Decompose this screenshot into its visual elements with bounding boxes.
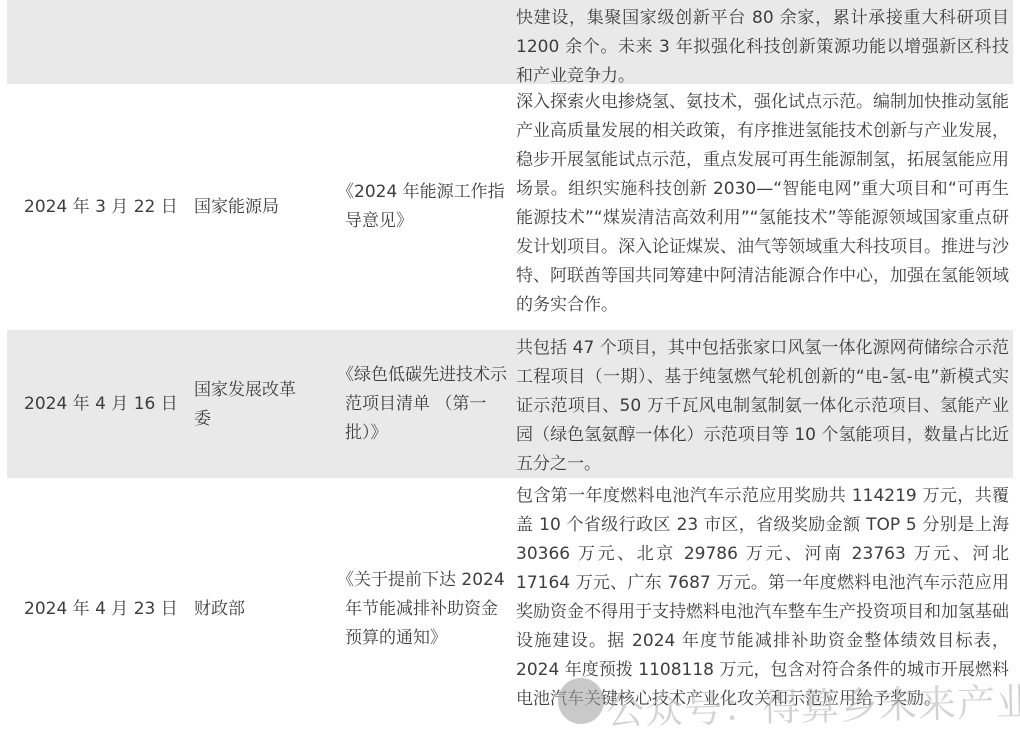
description-cell: 深入探索火电掺烧氢、氨技术，强化试点示范。编制加快推动氢能产业高质量发展的相关政…	[514, 84, 1013, 320]
policy-title-cell: 《2024 年能源工作指导意见》	[337, 178, 514, 236]
policy-title-cell: 《关于提前下达 2024 年节能减排补助资金预算的通知》	[337, 566, 514, 653]
description-cell: 包含第一年度燃料电池汽车示范应用奖励共 114219 万元，共覆盖 10 个省级…	[514, 478, 1013, 714]
description-cell: 共包括 47 个项目，其中包括张家口风氢一体化源网荷储综合示范工程项目（一期）、…	[514, 330, 1013, 478]
agency-cell: 国家发展改革委	[194, 376, 337, 434]
agency-cell: 国家能源局	[194, 193, 337, 222]
table-row: 快建设，集聚国家级创新平台 80 余家，累计承接重大科研项目 1200 余个。未…	[7, 0, 1013, 84]
agency-cell: 财政部	[194, 595, 337, 624]
table-row: 2024 年 3 月 22 日 国家能源局 《2024 年能源工作指导意见》 深…	[7, 84, 1013, 330]
description-cell: 快建设，集聚国家级创新平台 80 余家，累计承接重大科研项目 1200 余个。未…	[514, 0, 1013, 84]
policy-title-cell: 《绿色低碳先进技术示范项目清单 （第一批）》	[337, 361, 514, 448]
policy-table: 快建设，集聚国家级创新平台 80 余家，累计承接重大科研项目 1200 余个。未…	[0, 0, 1020, 741]
table-row: 2024 年 4 月 16 日 国家发展改革委 《绿色低碳先进技术示范项目清单 …	[7, 330, 1013, 478]
date-cell: 2024 年 3 月 22 日	[7, 193, 194, 222]
date-cell: 2024 年 4 月 16 日	[7, 390, 194, 419]
table-row: 2024 年 4 月 23 日 财政部 《关于提前下达 2024 年节能减排补助…	[7, 478, 1013, 741]
date-cell: 2024 年 4 月 23 日	[7, 595, 194, 624]
